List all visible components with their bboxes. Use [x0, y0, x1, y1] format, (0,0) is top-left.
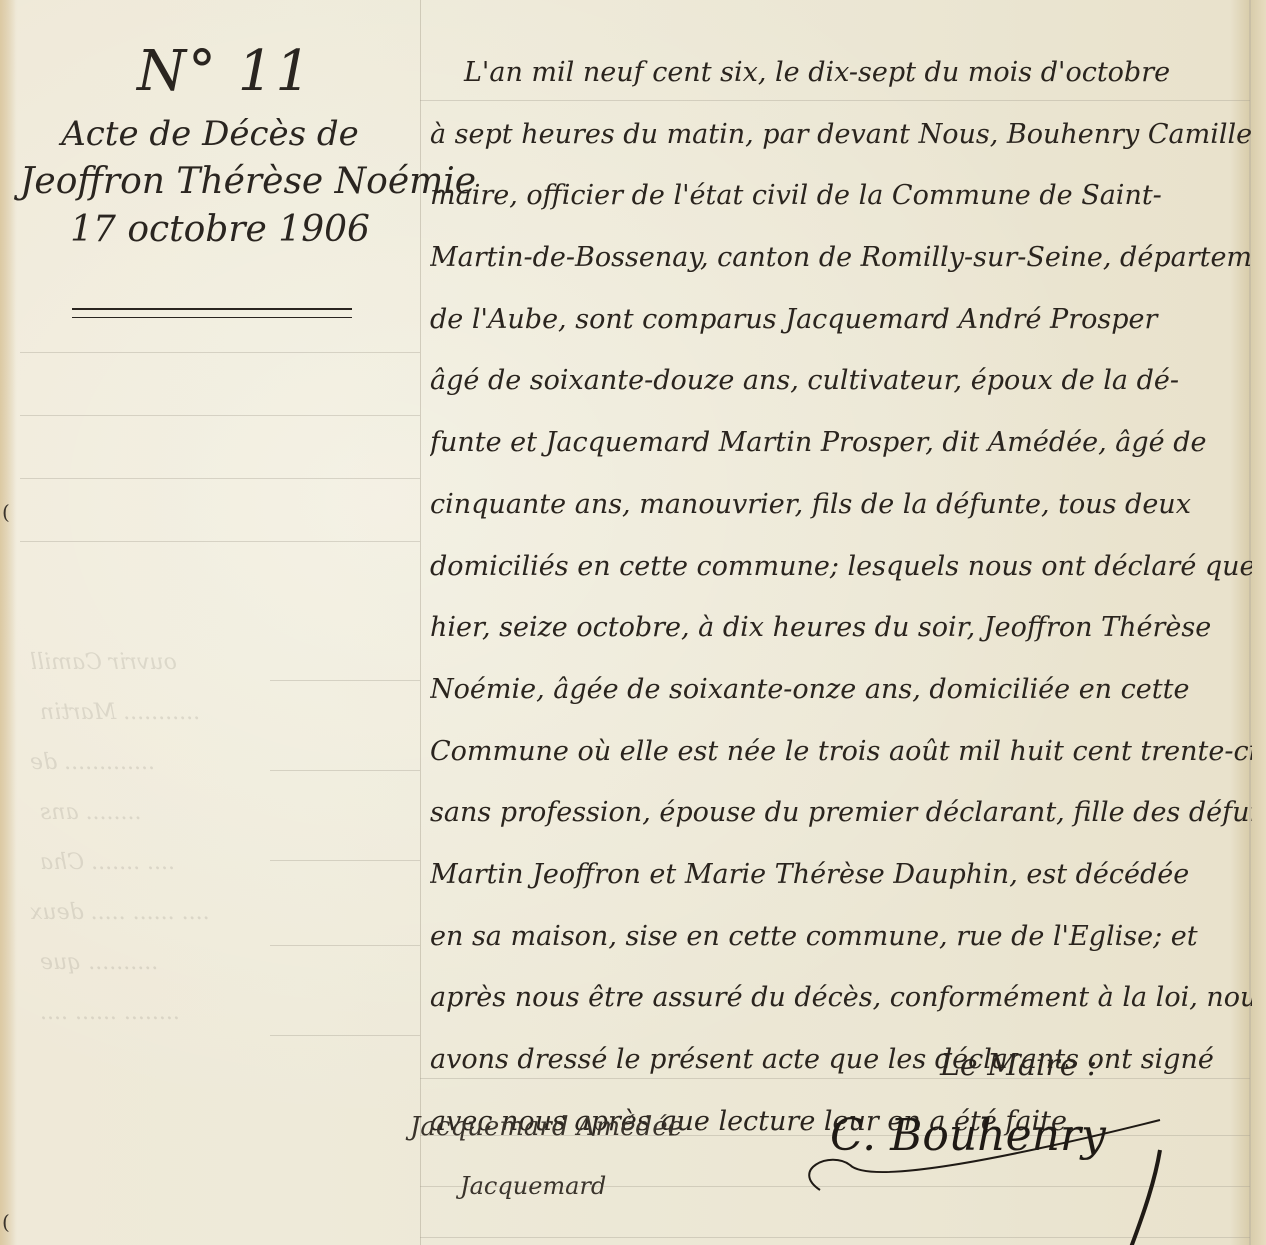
- mayor-label: Le Maire :: [940, 1048, 1097, 1083]
- ruled-line: [270, 770, 420, 771]
- body-line: Noémie, âgée de soixante-onze ans, domic…: [430, 659, 1252, 721]
- ruled-line: [20, 478, 420, 479]
- bleed-through-text: .......... que: [40, 950, 158, 975]
- page-left-edge: [0, 0, 16, 1245]
- act-number: N° 11: [50, 40, 400, 104]
- body-line: domiciliés en cette commune; lesquels no…: [430, 536, 1252, 598]
- bleed-through-text: .... ...... ..... deux: [30, 900, 210, 925]
- body-line: sans profession, épouse du premier décla…: [430, 782, 1252, 844]
- act-body: L'an mil neuf cent six, le dix-sept du m…: [430, 42, 1252, 1152]
- act-title: Acte de Décès de: [20, 110, 400, 158]
- ruled-line: [20, 352, 420, 353]
- deceased-name: Jeoffron Thérèse Noémie: [20, 158, 400, 206]
- body-line: âgé de soixante-douze ans, cultivateur, …: [430, 350, 1252, 412]
- act-date: 17 octobre 1906: [40, 206, 400, 254]
- body-line: L'an mil neuf cent six, le dix-sept du m…: [430, 42, 1252, 104]
- ruled-line: [20, 415, 420, 416]
- bleed-through-text: ............. de: [30, 750, 155, 775]
- bleed-through-text: ouvrir Camill: [30, 650, 177, 675]
- margin-header: N° 11 Acte de Décès de Jeoffron Thérèse …: [20, 40, 400, 254]
- body-line: en sa maison, sise en cette commune, rue…: [430, 906, 1252, 968]
- register-page: ouvrir Camill ........... Martin .......…: [0, 0, 1266, 1245]
- ruled-line: [270, 860, 420, 861]
- body-line: Commune où elle est née le trois août mi…: [430, 721, 1252, 783]
- bleed-through-text: .... ....... Cha: [40, 850, 175, 875]
- body-line: de l'Aube, sont comparus Jacquemard Andr…: [430, 289, 1252, 351]
- body-line: Martin-de-Bossenay, canton de Romilly-su…: [430, 227, 1252, 289]
- ruled-line: [270, 945, 420, 946]
- mayor-signature-flourish: [800, 1090, 1220, 1245]
- bleed-through-text: ........ ans: [40, 800, 142, 825]
- body-line: maire, officier de l'état civil de la Co…: [430, 165, 1252, 227]
- ruled-line: [20, 541, 420, 542]
- body-line: funte et Jacquemard Martin Prosper, dit …: [430, 412, 1252, 474]
- ruled-line: [270, 680, 420, 681]
- body-line: cinquante ans, manouvrier, fils de la dé…: [430, 474, 1252, 536]
- ruled-line: [270, 1035, 420, 1036]
- body-line: à sept heures du matin, par devant Nous,…: [430, 104, 1252, 166]
- body-line: après nous être assuré du décès, conform…: [430, 967, 1252, 1029]
- bleed-through-text: ........ ...... ....: [40, 1000, 180, 1025]
- body-line: Martin Jeoffron et Marie Thérèse Dauphin…: [430, 844, 1252, 906]
- header-double-underline: [72, 308, 352, 318]
- margin-mark: (: [2, 500, 10, 524]
- body-line: hier, seize octobre, à dix heures du soi…: [430, 597, 1252, 659]
- body-line: avons dressé le présent acte que les déc…: [430, 1029, 1252, 1091]
- bleed-through-text: ........... Martin: [40, 700, 200, 725]
- margin-mark: (: [2, 1210, 10, 1234]
- signature-declarant-1: Jacquemard Amédée: [410, 1112, 683, 1142]
- signature-declarant-2: Jacquemard: [460, 1172, 606, 1200]
